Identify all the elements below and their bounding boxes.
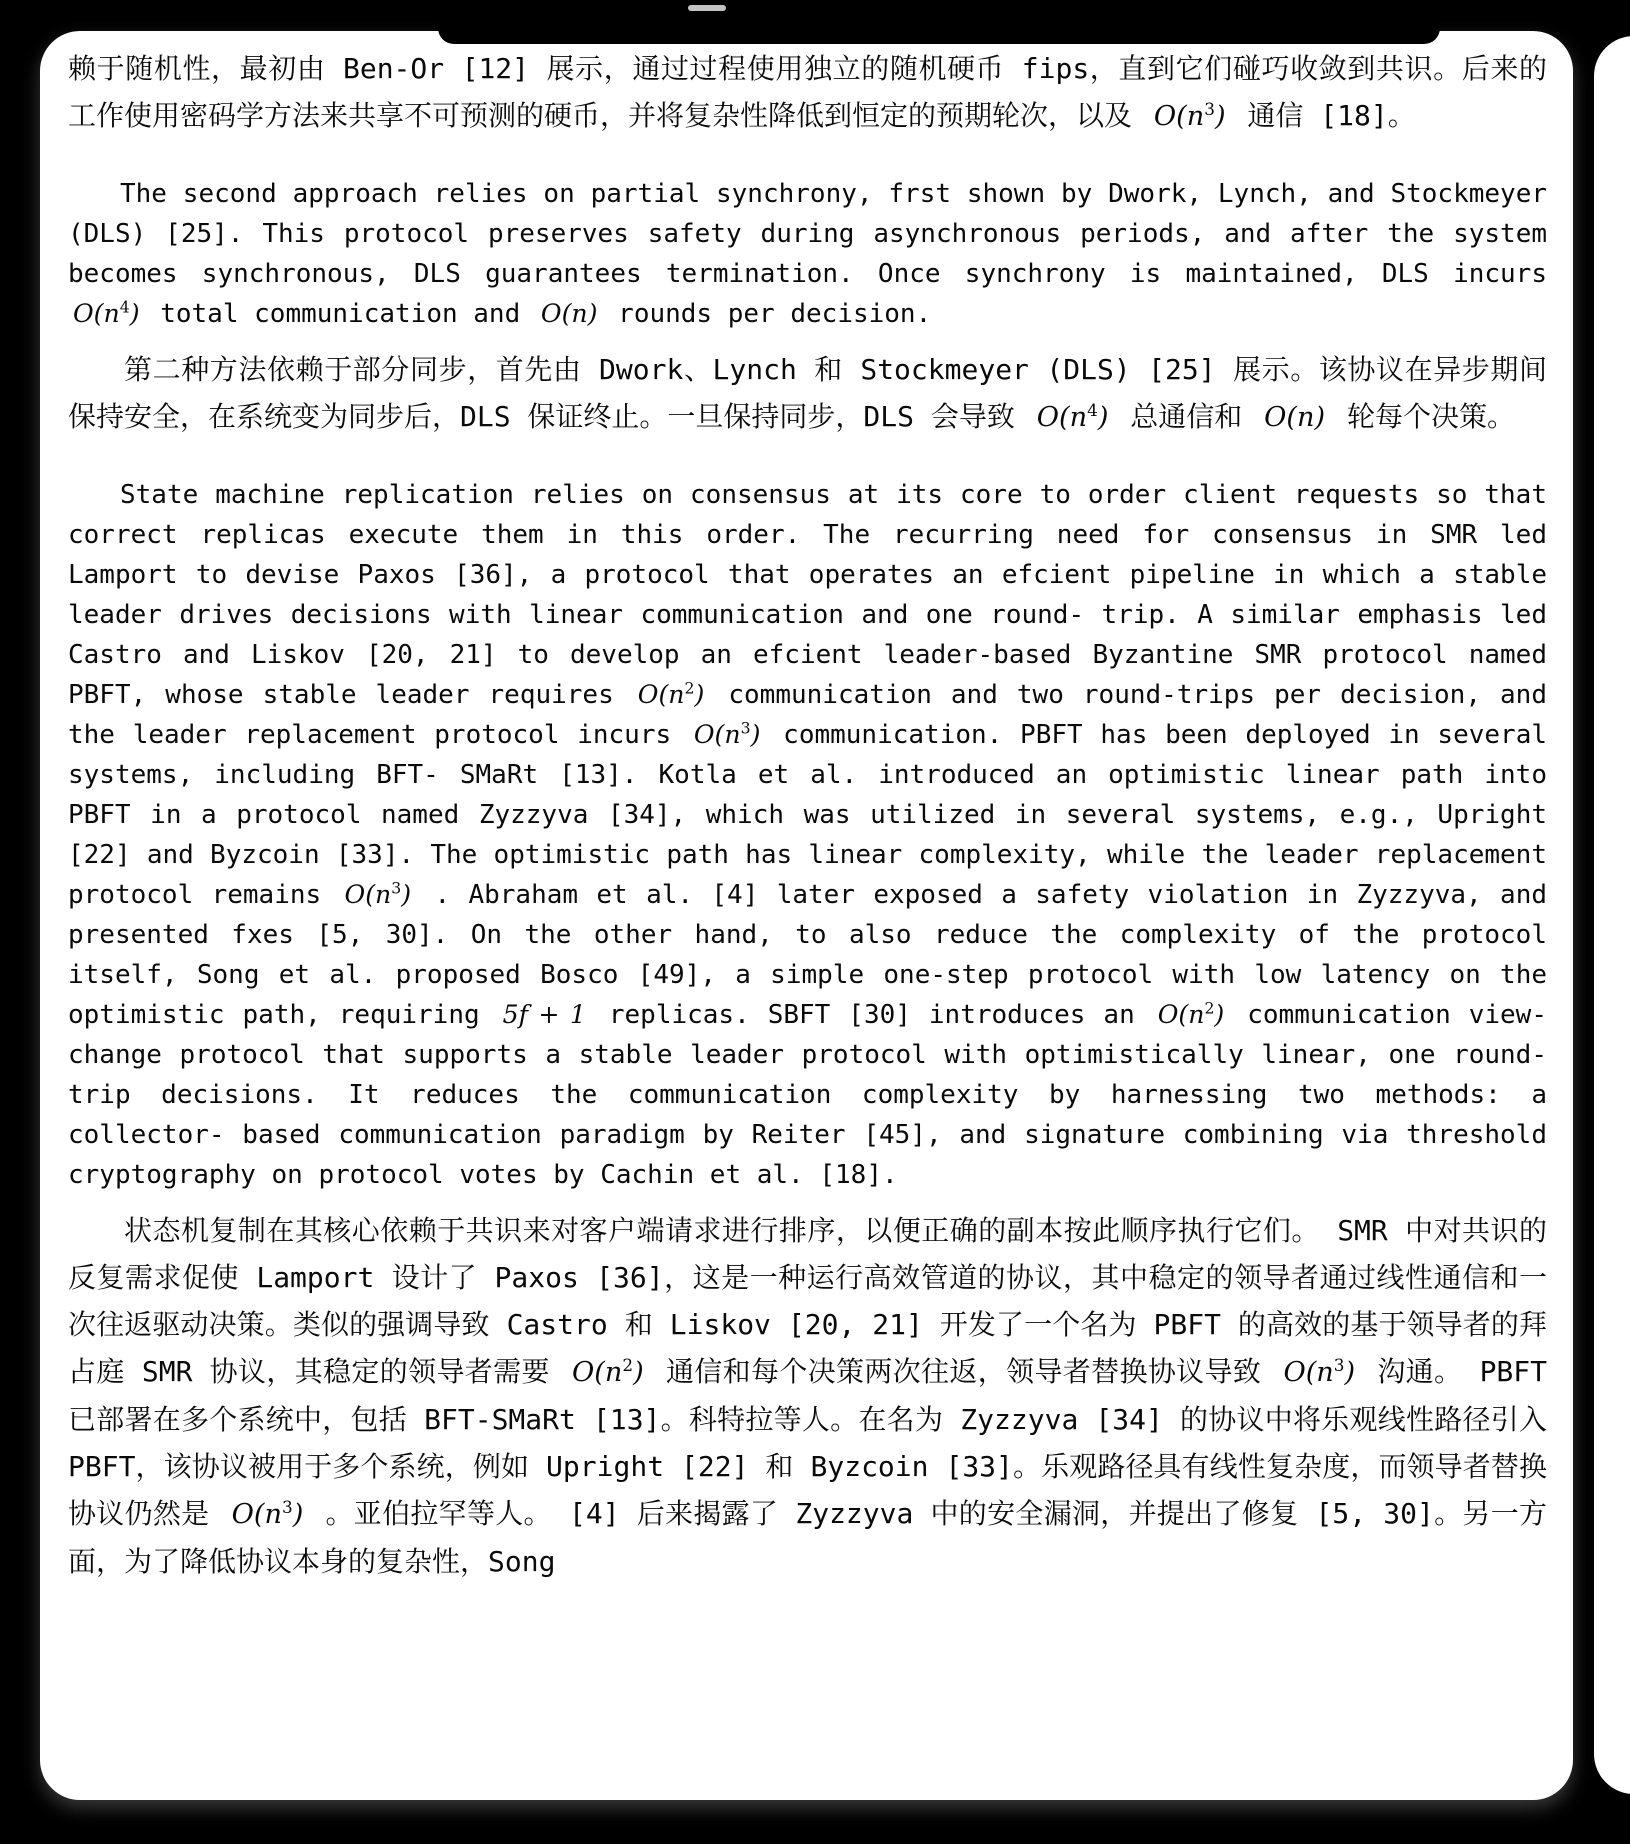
- math-expression: O(n3): [689, 720, 766, 749]
- paragraph-zh: 第二种方法依赖于部分同步，首先由 Dwork、Lynch 和 Stockmeye…: [68, 346, 1547, 441]
- document-panel[interactable]: 赖于随机性，最初由 Ben-Or [12] 展示，通过过程使用独立的随机硬币 f…: [40, 31, 1573, 1800]
- math-expression: O(n2): [1153, 1000, 1230, 1029]
- math-expression: O(n3): [340, 880, 417, 909]
- math-expression: O(n): [1259, 402, 1330, 433]
- math-expression: O(n3): [1278, 1357, 1360, 1388]
- paragraph-zh: 状态机复制在其核心依赖于共识来对客户端请求进行排序，以便正确的副本按此顺序执行它…: [68, 1207, 1547, 1585]
- screen: 赖于随机性，最初由 Ben-Or [12] 展示，通过过程使用独立的随机硬币 f…: [0, 0, 1630, 1844]
- math-expression: O(n3): [227, 1499, 309, 1530]
- paragraph-en: State machine replication relies on cons…: [68, 475, 1547, 1195]
- next-page-sliver[interactable]: [1594, 36, 1630, 1794]
- math-expression: 5f + 1: [498, 1000, 591, 1029]
- math-expression: O(n4): [1032, 402, 1114, 433]
- paragraph-zh: 赖于随机性，最初由 Ben-Or [12] 展示，通过过程使用独立的随机硬币 f…: [68, 45, 1547, 140]
- math-expression: O(n2): [567, 1357, 649, 1388]
- document-content: 赖于随机性，最初由 Ben-Or [12] 展示，通过过程使用独立的随机硬币 f…: [40, 31, 1573, 1585]
- math-expression: O(n4): [68, 299, 145, 328]
- math-expression: O(n2): [633, 680, 710, 709]
- math-expression: O(n3): [1149, 101, 1231, 132]
- paragraph-en: The second approach relies on partial sy…: [68, 174, 1547, 334]
- math-expression: O(n): [536, 299, 603, 328]
- overlay-handle-icon: [688, 5, 726, 11]
- top-overlay-bar: [438, 0, 1440, 44]
